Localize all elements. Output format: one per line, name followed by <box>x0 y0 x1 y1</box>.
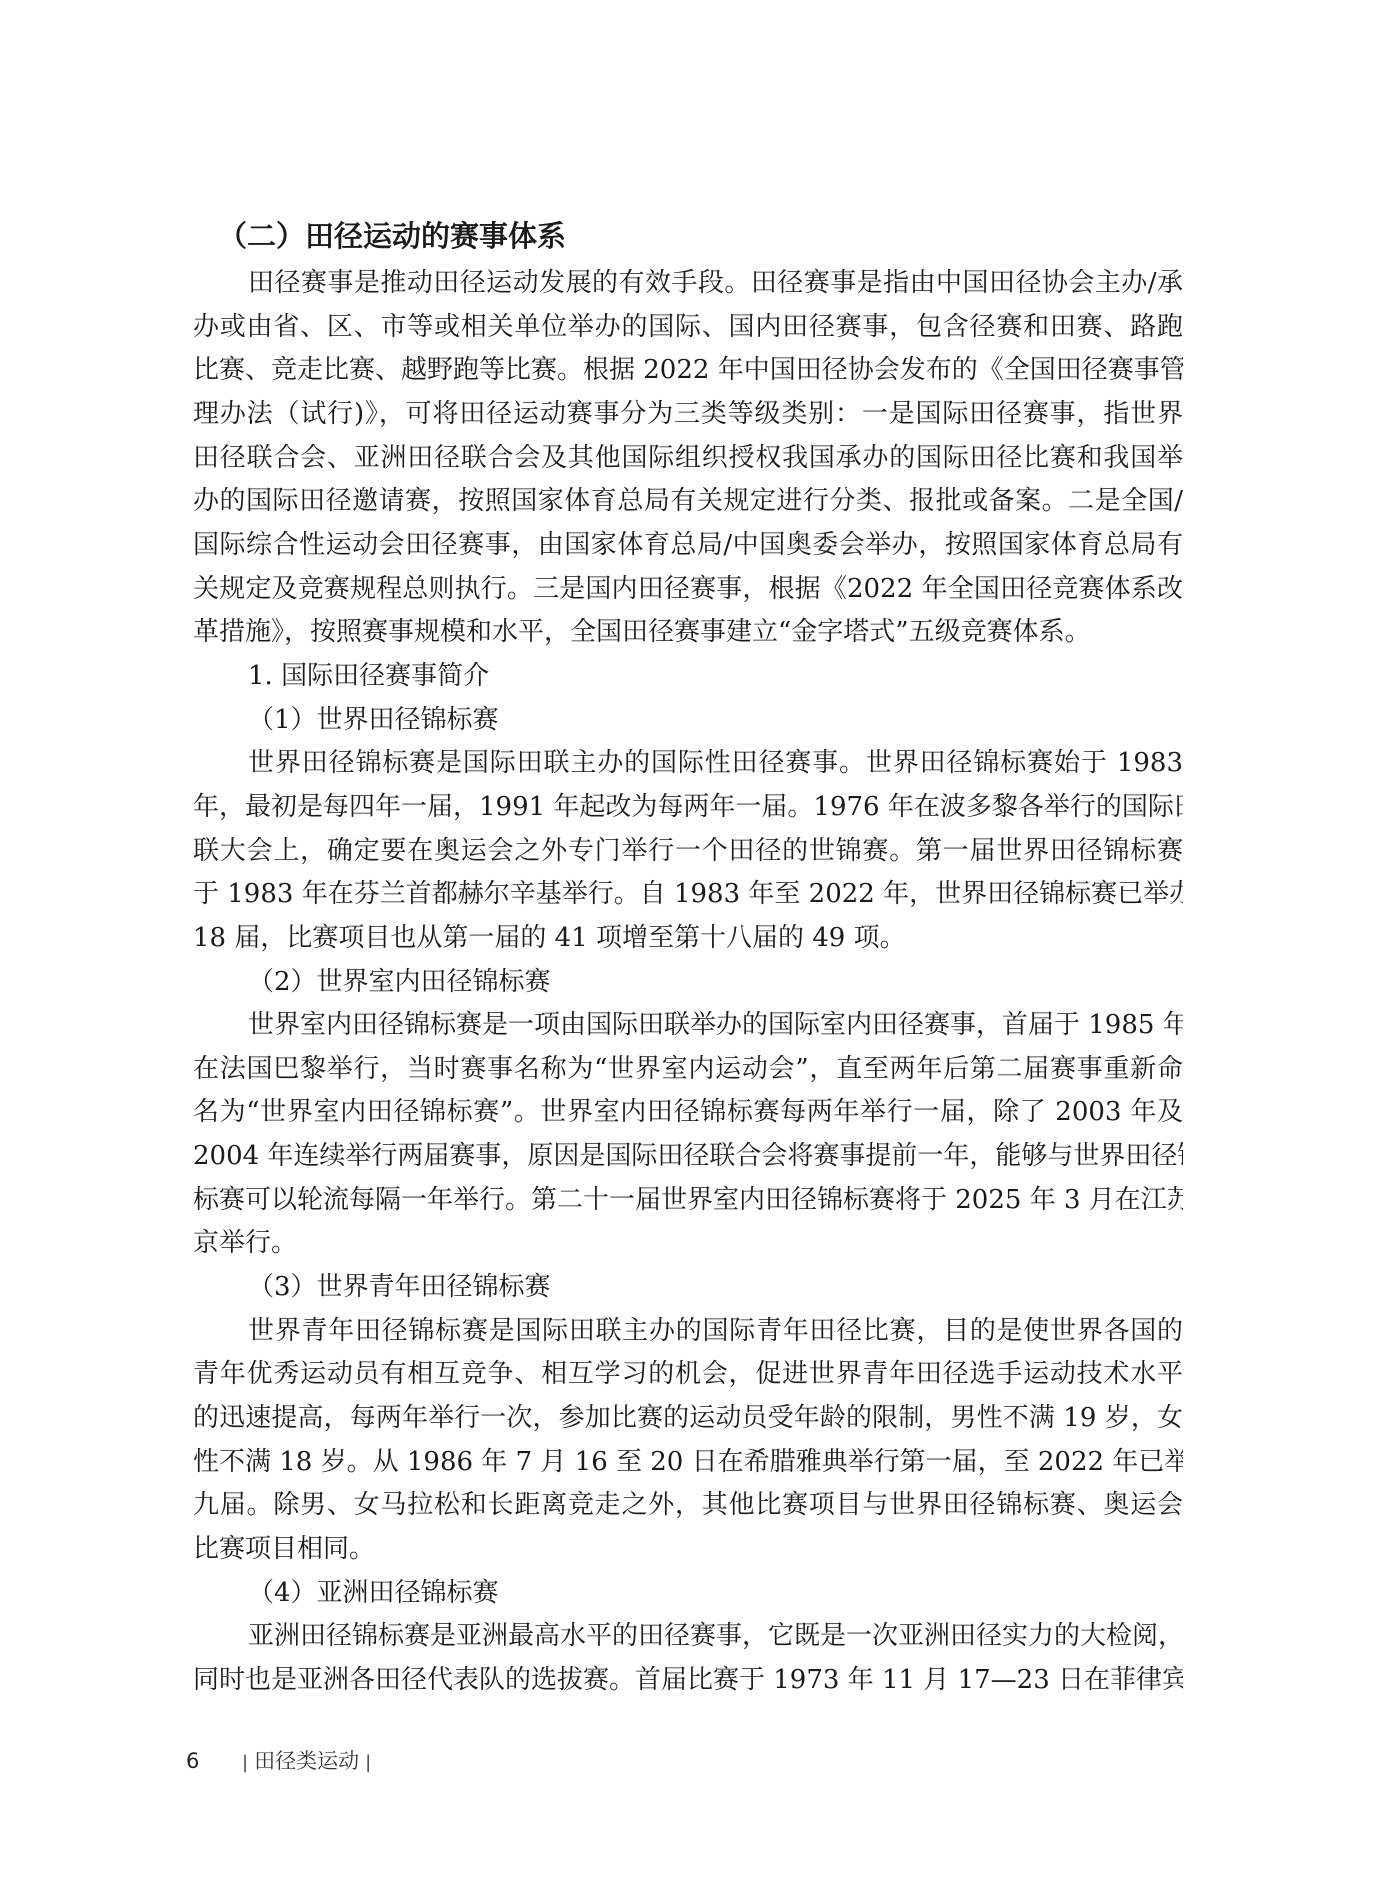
text-line: 世界田径锦标赛是国际田联主办的国际性田径赛事。世界田径锦标赛始于 1983 <box>193 742 1183 786</box>
footer-separator-right: | <box>365 1752 371 1773</box>
text-line: 办或由省、区、市等或相关单位举办的国际、国内田径赛事，包含径赛和田赛、路跑 <box>193 306 1183 350</box>
text-line: 18 届，比赛项目也从第一届的 41 项增至第十八届的 49 项。 <box>193 917 1183 961</box>
body-text: 田径赛事是推动田径运动发展的有效手段。田径赛事是指由中国田径协会主办/承 办或由… <box>193 262 1183 1703</box>
text-line: 在法国巴黎举行，当时赛事名称为“世界室内运动会”，直至两年后第二届赛事重新命 <box>193 1048 1183 1092</box>
subsection-heading: （2）世界室内田径锦标赛 <box>193 961 1183 1005</box>
text-line: 比赛、竞走比赛、越野跑等比赛。根据 2022 年中国田径协会发布的《全国田径赛事… <box>193 349 1183 393</box>
text-line: 于 1983 年在芬兰首都赫尔辛基举行。自 1983 年至 2022 年，世界田… <box>193 873 1183 917</box>
text-line: 标赛可以轮流每隔一年举行。第二十一届世界室内田径锦标赛将于 2025 年 3 月… <box>193 1179 1183 1223</box>
text-line: 九届。除男、女马拉松和长距离竞走之外，其他比赛项目与世界田径锦标赛、奥运会 <box>193 1484 1183 1528</box>
text-line: 国际综合性运动会田径赛事，由国家体育总局/中国奥委会举办，按照国家体育总局有 <box>193 524 1183 568</box>
subsection-heading: 1. 国际田径赛事简介 <box>193 655 1183 699</box>
text-line: 办的国际田径邀请赛，按照国家体育总局有关规定进行分类、报批或备案。二是全国/ <box>193 480 1183 524</box>
text-line: 年，最初是每四年一届，1991 年起改为每两年一届。1976 年在波多黎各举行的… <box>193 786 1183 830</box>
text-line: 关规定及竞赛规程总则执行。三是国内田径赛事，根据《2022 年全国田径竞赛体系改 <box>193 568 1183 612</box>
page-footer: 6|田径类运动| <box>186 1745 377 1775</box>
page-number: 6 <box>186 1749 236 1773</box>
text-line: 比赛项目相同。 <box>193 1528 1183 1572</box>
running-title: 田径类运动 <box>254 1749 359 1773</box>
text-line: 田径联合会、亚洲田径联合会及其他国际组织授权我国承办的国际田径比赛和我国举 <box>193 437 1183 481</box>
text-line: 名为“世界室内田径锦标赛”。世界室内田径锦标赛每两年举行一届，除了 2003 年… <box>193 1091 1183 1135</box>
text-line: 革措施》，按照赛事规模和水平，全国田径赛事建立“金字塔式”五级竞赛体系。 <box>193 611 1183 655</box>
text-line: 世界室内田径锦标赛是一项由国际田联举办的国际室内田径赛事，首届于 1985 年 <box>193 1004 1183 1048</box>
footer-separator-left: | <box>242 1752 248 1773</box>
text-line: 京举行。 <box>193 1222 1183 1266</box>
text-line: 理办法（试行)》，可将田径运动赛事分为三类等级类别：一是国际田径赛事，指世界 <box>193 393 1183 437</box>
subsection-heading: （3）世界青年田径锦标赛 <box>193 1266 1183 1310</box>
text-line: 2004 年连续举行两届赛事，原因是国际田径联合会将赛事提前一年，能够与世界田径… <box>193 1135 1183 1179</box>
text-line: 性不满 18 岁。从 1986 年 7 月 16 至 20 日在希腊雅典举行第一… <box>193 1441 1183 1485</box>
text-line: 的迅速提高，每两年举行一次，参加比赛的运动员受年龄的限制，男性不满 19 岁，女 <box>193 1397 1183 1441</box>
text-line: 世界青年田径锦标赛是国际田联主办的国际青年田径比赛，目的是使世界各国的 <box>193 1310 1183 1354</box>
text-line: 亚洲田径锦标赛是亚洲最高水平的田径赛事，它既是一次亚洲田径实力的大检阅， <box>193 1615 1183 1659</box>
text-line: 田径赛事是推动田径运动发展的有效手段。田径赛事是指由中国田径协会主办/承 <box>193 262 1183 306</box>
text-line: 联大会上，确定要在奥运会之外专门举行一个田径的世锦赛。第一届世界田径锦标赛 <box>193 830 1183 874</box>
text-line: 同时也是亚洲各田径代表队的选拔赛。首届比赛于 1973 年 11 月 17—23… <box>193 1659 1183 1703</box>
section-heading: （二）田径运动的赛事体系 <box>218 214 566 255</box>
text-line: 青年优秀运动员有相互竞争、相互学习的机会，促进世界青年田径选手运动技术水平 <box>193 1353 1183 1397</box>
subsection-heading: （1）世界田径锦标赛 <box>193 699 1183 743</box>
subsection-heading: （4）亚洲田径锦标赛 <box>193 1572 1183 1616</box>
